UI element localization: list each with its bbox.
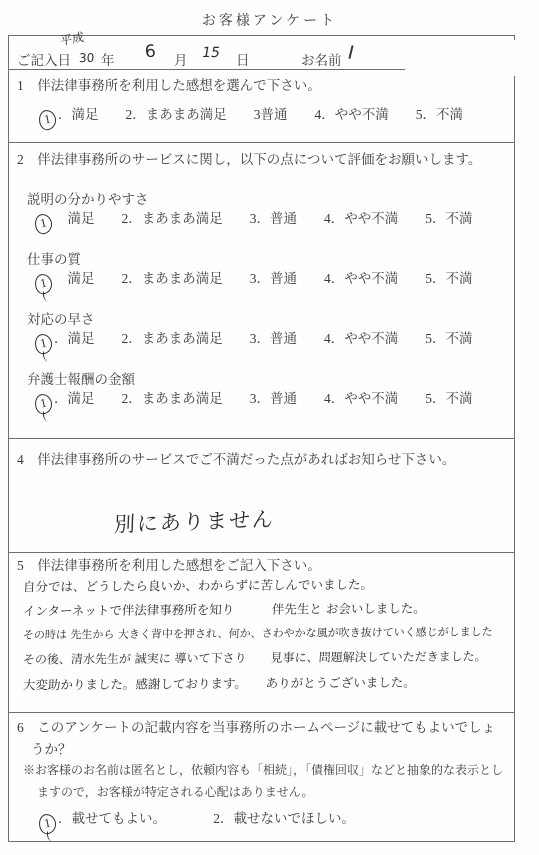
options-text: ．満足 2．まあまあ満足 3普通 4．やや不満 5．不満 (58, 107, 463, 122)
handwritten-day: 15 (201, 45, 222, 61)
date-label: ご記入日 (17, 49, 71, 69)
question-4-heading: 4 伴法律事務所のサービスでご不満だった点があればお知らせ下さい。 (17, 448, 455, 468)
handwritten-comment-line: その時は 先生から 大きく背中を押され、何か、さわやかな風が吹き抜けていく感じが… (23, 623, 494, 642)
options-text: ．満足 2．まあまあ満足 3．普通 4．やや不満 5．不満 (54, 391, 473, 406)
q2-item-label-work-quality: 仕事の質 (27, 248, 81, 268)
q2-item-options-explanation: 1 満足 2．まあまあ満足 3．普通 4．やや不満 5．不満 (35, 207, 473, 234)
handwritten-year: 30 (79, 51, 95, 65)
question-6-note-line1: ※お客様のお名前は匿名とし，依頼内容も「相続」，「債権回収」などと抽象的な表示と… (23, 761, 503, 778)
circled-answer-mark: 1 (33, 212, 54, 235)
handwritten-comment-line: その後、清水先生が 誠実に 導いて下さり 見事に、問題解決していただきました。 (23, 647, 488, 667)
section-5-divider (9, 552, 514, 553)
circled-answer-mark: 1 (33, 272, 54, 295)
section-4-divider (9, 438, 514, 439)
handwritten-era: 平成 (60, 28, 85, 49)
handwritten-comment-line: 自分では、どうしたら良いか、わからずに苦しんでいました。 (23, 575, 374, 595)
form-border-box: ご記入日 年 月 日 お名前 平成 30 6 15 1 伴法律事務所を利用した感… (8, 35, 515, 842)
question-5-heading: 5 伴法律事務所を利用した感想をご記入下さい。 (17, 554, 321, 574)
section-2-divider (9, 142, 514, 143)
handwritten-comment-line: インターネットで伴法律事務所を知り 伴先生と お会いしました。 (23, 599, 427, 620)
day-label: 日 (236, 49, 250, 69)
circled-answer-mark: 1 (37, 108, 58, 131)
options-text: 満足 2．まあまあ満足 3．普通 4．やや不満 5．不満 (54, 271, 473, 286)
name-label: お名前 (301, 49, 342, 69)
scan-border-gap (511, 40, 517, 76)
q2-item-label-fees: 弁護士報酬の金額 (27, 368, 135, 388)
circled-answer-mark: 1 (33, 332, 54, 355)
options-text: ．載せてもよい。 2．載せないでほしい。 (58, 811, 355, 826)
q2-item-label-response-speed: 対応の早さ (27, 308, 95, 328)
handwritten-comment-line: 大変助かりました。感謝しております。 ありがとうございました。 (23, 673, 417, 694)
q2-item-options-work-quality: 1 満足 2．まあまあ満足 3．普通 4．やや不満 5．不満 (35, 267, 473, 294)
options-text: ．満足 2．まあまあ満足 3．普通 4．やや不満 5．不満 (54, 331, 473, 346)
month-label: 月 (174, 49, 188, 69)
options-text: 満足 2．まあまあ満足 3．普通 4．やや不満 5．不満 (54, 211, 473, 226)
circled-answer-mark: 1 (33, 392, 54, 415)
question-1-heading: 1 伴法律事務所を利用した感想を選んで下さい。 (17, 74, 321, 94)
section-6-divider (9, 712, 514, 713)
circled-answer-mark: 1 (37, 812, 58, 835)
q2-item-options-fees: 1．満足 2．まあまあ満足 3．普通 4．やや不満 5．不満 (35, 387, 473, 414)
question-6-note-line2: ますので，お客様が特定される心配はありません。 (37, 783, 313, 800)
handwritten-answer-q4: 別にありません (114, 503, 276, 539)
q2-item-options-response-speed: 1．満足 2．まあまあ満足 3．普通 4．やや不満 5．不満 (35, 327, 473, 354)
question-1-options: 1．満足 2．まあまあ満足 3普通 4．やや不満 5．不満 (39, 103, 463, 130)
page-title: お客様アンケート (0, 10, 539, 30)
date-row-divider (9, 69, 405, 70)
question-2-heading: 2 伴法律事務所のサービスに関し，以下の点について評価をお願いします。 (17, 148, 481, 168)
scanned-survey-page: お客様アンケート ご記入日 年 月 日 お名前 平成 30 6 15 1 伴法律… (0, 0, 539, 855)
q2-item-label-explanation: 説明の分かりやすさ (27, 188, 149, 208)
question-6-heading-line2: うか？ (31, 738, 72, 758)
question-6-heading-line1: 6 このアンケートの記載内容を当事務所のホームページに載せてもよいでしょ (17, 716, 495, 736)
handwritten-name-stroke (348, 45, 353, 59)
handwritten-month: 6 (144, 41, 157, 62)
year-label: 年 (101, 49, 115, 69)
question-6-options: 1．載せてもよい。 2．載せないでほしい。 (39, 807, 355, 834)
